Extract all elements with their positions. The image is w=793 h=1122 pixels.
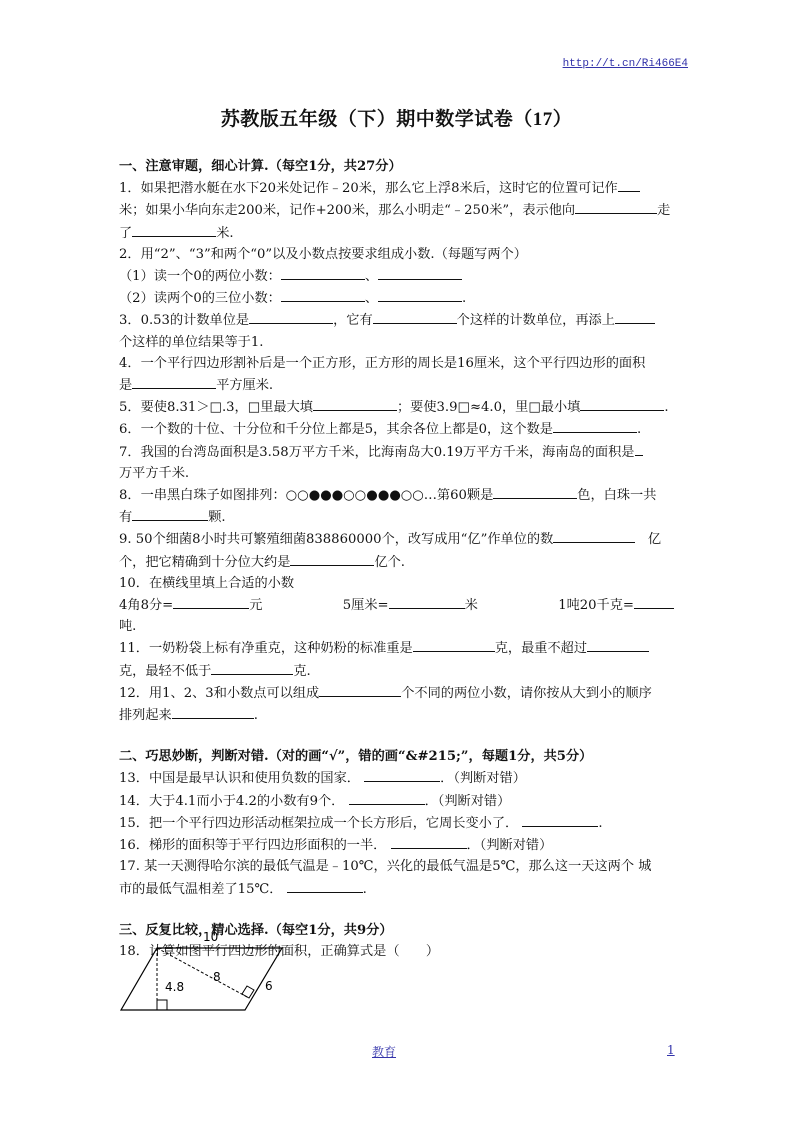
question-8: 8．一串黑白珠子如图排列：○○●●●○○●●●○○…第60颗是色，白珠一共 有颗… [119,484,674,528]
q3-text: 个这样的计数单位，再添上 [457,313,615,328]
q12-text: . [254,708,258,723]
answer-blank[interactable] [391,834,467,849]
section-1-heading: 一、注意审题，细心计算.（每空1分，共27分） [119,156,674,177]
q11-text: 克，最重不超过 [495,641,587,656]
answer-blank[interactable] [132,374,216,389]
q13-text: ．（判断对错） [440,771,526,786]
answer-blank[interactable] [634,594,674,609]
q9-text: 9. 50个细菌8小时共可繁殖细菌838860000个，改写成用“亿”作单位的数 [119,532,553,547]
q10-item: 4角8分= [119,598,173,613]
question-6: 6．一个数的十位、十分位和千分位上都是5，其余各位上都是0，这个数是. [119,418,674,440]
footer-link[interactable]: 教育 [372,1043,396,1060]
q10-unit: 米 [465,598,478,613]
q2-part2: （2）读两个0的三位小数： [119,291,281,306]
q9-text: 个，把它精确到十分位大约是 [119,555,290,570]
exam-content: 一、注意审题，细心计算.（每空1分，共27分） 1．如果把潜水艇在水下20米处记… [119,156,674,962]
header-url-link[interactable]: http://t.cn/Ri466E4 [563,58,688,70]
q10-item: 5厘米= [343,598,389,613]
q8-text: 颗. [208,510,225,525]
question-13: 13．中国是最早认识和使用负数的国家． ．（判断对错） [119,767,674,789]
answer-blank[interactable] [413,637,495,652]
answer-blank[interactable] [378,287,462,302]
label-height: 4.8 [165,980,184,994]
q8-text: 有 [119,510,132,525]
answer-blank[interactable] [635,441,643,456]
label-top: 10 [203,930,218,944]
answer-blank[interactable] [313,396,397,411]
answer-blank[interactable] [615,309,655,324]
question-17: 17. 某一天测得哈尔滨的最低气温是﹣10℃，兴化的最低气温是5℃，那么这一天这… [119,856,674,899]
q9-text: 亿个. [374,555,405,570]
answer-blank[interactable] [173,594,249,609]
q10-text: 10．在横线里填上合适的小数 [119,573,674,594]
q13-text: 13．中国是最早认识和使用负数的国家． [119,771,360,786]
q2-part1: （1）读一个0的两位小数： [119,269,281,284]
answer-blank[interactable] [281,287,365,302]
answer-blank[interactable] [364,767,440,782]
q1-text: 米. [216,226,233,241]
answer-blank[interactable] [522,812,598,827]
answer-blank[interactable] [618,177,640,192]
separator: 、 [365,291,378,306]
q4-text: 4．一个平行四边形割补后是一个正方形，正方形的周长是16厘米，这个平行四边形的面… [119,353,674,374]
q7-text: 7．我国的台湾岛面积是3.58万平方千米，比海南岛大0.19万平方千米，海南岛的… [119,445,635,460]
q2-text: 2．用“2”、“3”和两个“0”以及小数点按要求组成小数.（每题写两个） [119,244,674,265]
q11-text: 11．一奶粉袋上标有净重克，这种奶粉的标准重是 [119,641,413,656]
answer-blank[interactable] [587,637,649,652]
question-3: 3．0.53的计数单位是，它有个这样的计数单位，再添上 个这样的单位结果等于1. [119,309,674,352]
q17-text: 市的最低气温相差了15℃． [119,882,282,897]
separator: 、 [365,269,378,284]
q4-text: 平方厘米. [216,378,273,393]
question-15: 15．把一个平行四边形活动框架拉成一个长方形后，它周长变小了． . [119,812,674,834]
q11-text: 克. [293,664,310,679]
answer-blank[interactable] [553,528,635,543]
q8-text: 色，白珠一共 [577,488,656,503]
question-9: 9. 50个细菌8小时共可繁殖细菌838860000个，改写成用“亿”作单位的数… [119,528,674,572]
answer-blank[interactable] [389,594,465,609]
q9-text: 亿 [648,532,661,547]
answer-blank[interactable] [211,660,293,675]
q12-text: 排列起来 [119,708,172,723]
answer-blank[interactable] [580,396,664,411]
q5-text: . [664,400,668,415]
q3-text: 个这样的单位结果等于1. [119,332,674,353]
answer-blank[interactable] [553,418,637,433]
label-side: 6 [265,979,273,993]
answer-blank[interactable] [281,265,365,280]
question-5: 5．要使8.31＞□.3，□里最大填；要使3.9□≈4.0，里□最小填. [119,396,674,418]
q1-text: 了 [119,226,132,241]
question-16: 16．梯形的面积等于平行四边形面积的一半． ．（判断对错） [119,834,674,856]
answer-blank[interactable] [132,222,216,237]
q4-text: 是 [119,378,132,393]
answer-blank[interactable] [493,484,577,499]
question-12: 12．用1、2、3和小数点可以组成个不同的两位小数，请你按从大到小的顺序 排列起… [119,682,674,726]
q8-text: 8．一串黑白珠子如图排列：○○●●●○○●●●○○…第60颗是 [119,488,493,503]
answer-blank[interactable] [373,309,457,324]
answer-blank[interactable] [172,704,254,719]
q1-text: 1．如果把潜水艇在水下20米处记作﹣20米，那么它上浮8米后，这时它的位置可记作 [119,181,618,196]
q5-text: 5．要使8.31＞□.3，□里最大填 [119,400,313,415]
answer-blank[interactable] [349,790,425,805]
answer-blank[interactable] [319,682,401,697]
q10-unit: 吨. [119,616,674,637]
question-10: 10．在横线里填上合适的小数 4角8分=元 5厘米=米 1吨20千克= 吨. [119,573,674,638]
q1-text: 走 [657,203,670,218]
q10-unit: 元 [249,598,262,613]
question-4: 4．一个平行四边形割补后是一个正方形，正方形的周长是16厘米，这个平行四边形的面… [119,353,674,396]
question-11: 11．一奶粉袋上标有净重克，这种奶粉的标准重是克，最重不超过 克，最轻不低于克. [119,637,674,681]
q14-text: 14．大于4.1而小于4.2的小数有9个． [119,794,344,809]
q1-text: 米；如果小华向东走200米，记作+200米，那么小明走“﹣250米”，表示他向 [119,203,575,218]
answer-blank[interactable] [249,309,333,324]
q17-text: . [363,882,367,897]
q12-text: 12．用1、2、3和小数点可以组成 [119,686,319,701]
parallelogram-figure: 10 4.8 8 6 [119,928,289,1013]
question-14: 14．大于4.1而小于4.2的小数有9个． ．（判断对错） [119,790,674,812]
q14-text: ．（判断对错） [425,794,511,809]
q3-text: ，它有 [333,313,373,328]
answer-blank[interactable] [575,199,657,214]
q10-item: 1吨20千克= [558,598,634,613]
question-1: 1．如果把潜水艇在水下20米处记作﹣20米，那么它上浮8米后，这时它的位置可记作… [119,177,674,244]
label-diagonal-height: 8 [213,970,221,984]
q15-text: 15．把一个平行四边形活动框架拉成一个长方形后，它周长变小了． [119,816,518,831]
q12-text: 个不同的两位小数，请你按从大到小的顺序 [401,686,652,701]
q11-text: 克，最轻不低于 [119,664,211,679]
q5-text: ；要使3.9□≈4.0，里□最小填 [397,400,580,415]
q3-text: 3．0.53的计数单位是 [119,313,249,328]
q7-text: 万平方千米. [119,463,674,484]
q17-text: 17. 某一天测得哈尔滨的最低气温是﹣10℃，兴化的最低气温是5℃，那么这一天这… [119,856,674,877]
section-2-heading: 二、巧思妙断，判断对错.（对的画“√”，错的画“&#215;”，每题1分，共5分… [119,746,674,767]
q6-text: . [637,422,641,437]
answer-blank[interactable] [290,551,374,566]
question-7: 7．我国的台湾岛面积是3.58万平方千米，比海南岛大0.19万平方千米，海南岛的… [119,441,674,484]
answer-blank[interactable] [132,506,208,521]
q15-text: . [598,816,602,831]
answer-blank[interactable] [378,265,462,280]
period: . [462,291,466,306]
answer-blank[interactable] [287,878,363,893]
question-2: 2．用“2”、“3”和两个“0”以及小数点按要求组成小数.（每题写两个） （1）… [119,244,674,310]
page-title: 苏教版五年级（下）期中数学试卷（17） [0,104,793,131]
q16-text: 16．梯形的面积等于平行四边形面积的一半． [119,838,386,853]
page-number[interactable]: 1 [667,1043,675,1057]
q6-text: 6．一个数的十位、十分位和千分位上都是5，其余各位上都是0，这个数是 [119,422,553,437]
q16-text: ．（判断对错） [467,838,553,853]
